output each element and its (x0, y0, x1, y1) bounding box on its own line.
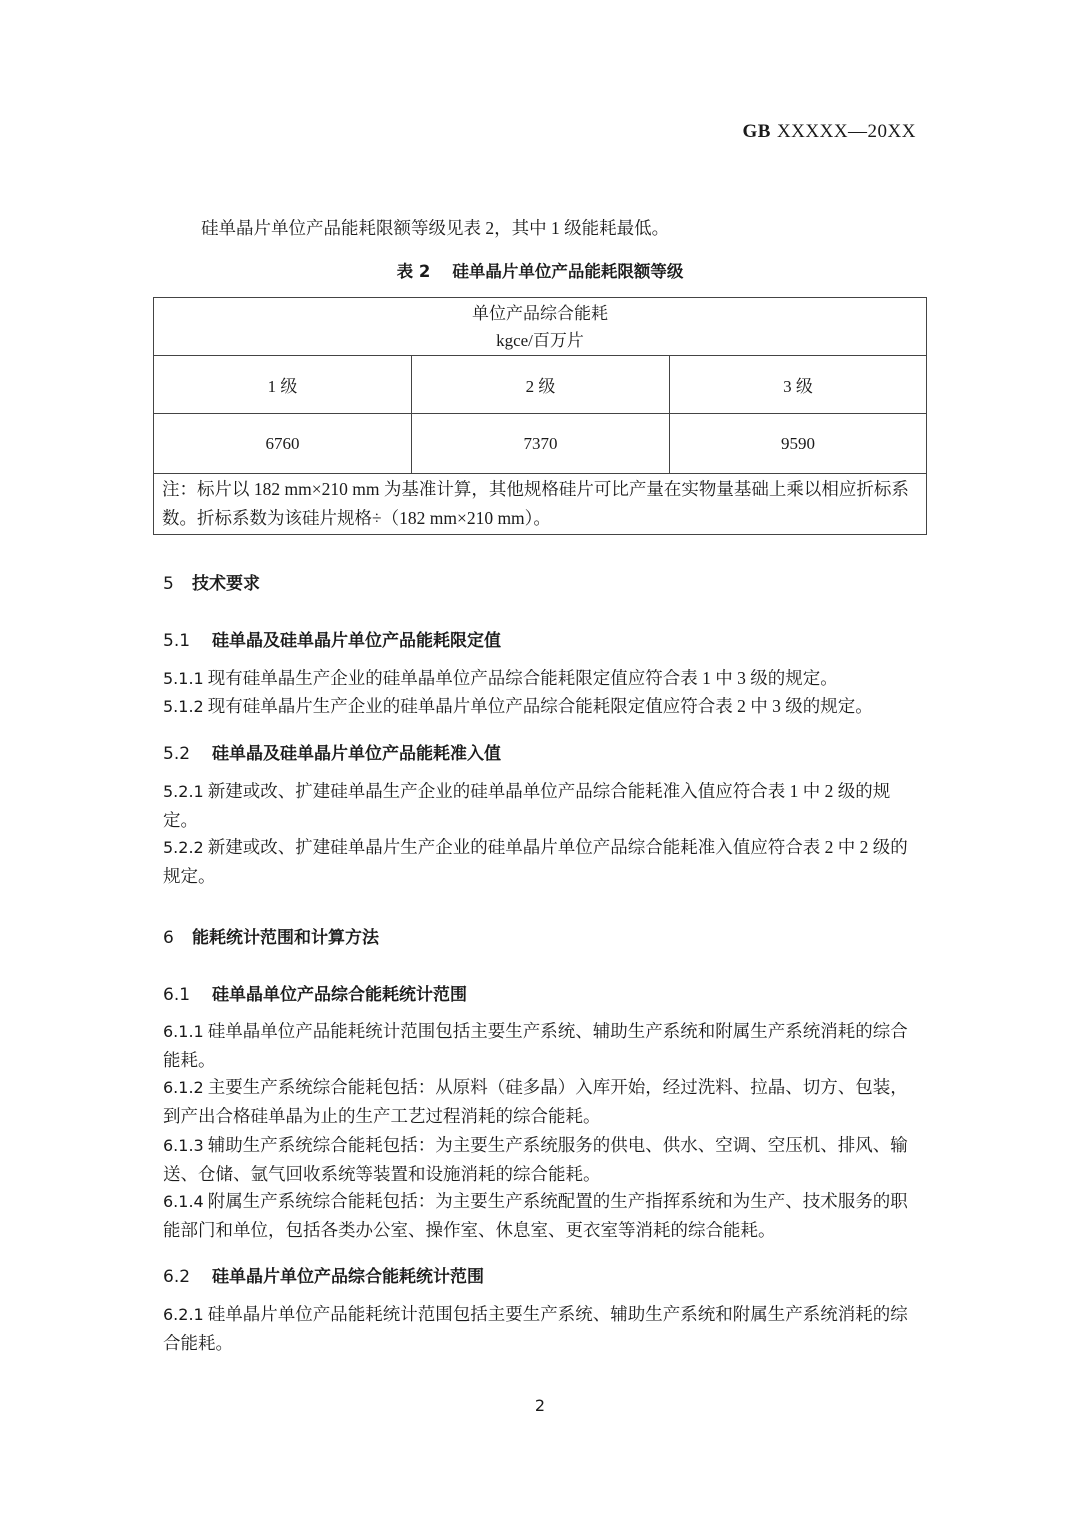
section-5-heading: 5技术要求 (163, 569, 260, 594)
section-title: 技术要求 (192, 574, 260, 594)
section-number: 5.2 (163, 744, 212, 764)
value-grade-1: 6760 (154, 414, 412, 474)
clause-text: 附属生产系统综合能耗包括：为主要生产系统配置的生产指挥系统和为生产、技术服务的职… (163, 1191, 908, 1240)
clause-text: 新建或改、扩建硅单晶片生产企业的硅单晶片单位产品综合能耗准入值应符合表 2 中 … (163, 837, 908, 886)
clause-number: 5.1.1 (163, 669, 204, 688)
value-grade-3: 9590 (670, 414, 927, 474)
page-number: 2 (0, 1396, 1080, 1415)
clause-text: 现有硅单晶片生产企业的硅单晶片单位产品综合能耗限定值应符合表 2 中 3 级的规… (208, 696, 873, 716)
section-6-heading: 6能耗统计范围和计算方法 (163, 923, 379, 948)
clause-text: 现有硅单晶生产企业的硅单晶单位产品综合能耗限定值应符合表 1 中 3 级的规定。 (208, 668, 838, 688)
clause-text: 主要生产系统综合能耗包括：从原料（硅多晶）入库开始，经过洗料、拉晶、切方、包装，… (163, 1077, 908, 1126)
table-note: 注：标片以 182 mm×210 mm 为基准计算，其他规格硅片可比产量在实物量… (154, 474, 927, 535)
section-title: 硅单晶片单位产品综合能耗统计范围 (212, 1267, 484, 1287)
clause-number: 5.2.2 (163, 838, 204, 857)
grade-3-cell: 3 级 (670, 356, 927, 414)
grade-1-cell: 1 级 (154, 356, 412, 414)
standard-header: GBXXXXX—20XX (742, 121, 916, 143)
clause-6-1-3: 6.1.3辅助生产系统综合能耗包括：为主要生产系统服务的供电、供水、空调、空压机… (163, 1131, 923, 1188)
intro-paragraph: 硅单晶片单位产品能耗限额等级见表 2，其中 1 级能耗最低。 (201, 214, 669, 242)
clause-5-1-2: 5.1.2现有硅单晶片生产企业的硅单晶片单位产品综合能耗限定值应符合表 2 中 … (163, 692, 943, 721)
clause-5-2-1: 5.2.1新建或改、扩建硅单晶生产企业的硅单晶单位产品综合能耗准入值应符合表 1… (163, 777, 923, 834)
standard-number: XXXXX—20XX (777, 121, 916, 142)
section-number: 6.1 (163, 985, 212, 1005)
value-grade-2: 7370 (412, 414, 670, 474)
section-title: 能耗统计范围和计算方法 (192, 928, 379, 948)
section-title: 硅单晶及硅单晶片单位产品能耗限定值 (212, 631, 501, 651)
clause-text: 辅助生产系统综合能耗包括：为主要生产系统服务的供电、供水、空调、空压机、排风、输… (163, 1135, 908, 1184)
clause-text: 新建或改、扩建硅单晶生产企业的硅单晶单位产品综合能耗准入值应符合表 1 中 2 … (163, 781, 890, 830)
clause-6-1-4: 6.1.4附属生产系统综合能耗包括：为主要生产系统配置的生产指挥系统和为生产、技… (163, 1187, 923, 1244)
clause-5-1-1: 5.1.1现有硅单晶生产企业的硅单晶单位产品综合能耗限定值应符合表 1 中 3 … (163, 664, 923, 693)
table-caption-title: 硅单晶片单位产品能耗限额等级 (452, 262, 683, 281)
clause-number: 5.1.2 (163, 697, 204, 716)
standard-prefix: GB (742, 121, 770, 142)
section-number: 6.2 (163, 1267, 212, 1287)
section-title: 硅单晶单位产品综合能耗统计范围 (212, 985, 467, 1005)
clause-number: 6.1.2 (163, 1078, 204, 1097)
section-number: 5 (163, 574, 192, 594)
table-header-unit: kgce/百万片 (154, 327, 926, 354)
section-6-1-heading: 6.1硅单晶单位产品综合能耗统计范围 (163, 980, 467, 1005)
section-number: 6 (163, 928, 192, 948)
clause-6-1-1: 6.1.1硅单晶单位产品能耗统计范围包括主要生产系统、辅助生产系统和附属生产系统… (163, 1017, 923, 1074)
table-header-cell: 单位产品综合能耗 kgce/百万片 (154, 298, 927, 356)
table-caption: 表 2硅单晶片单位产品能耗限额等级 (0, 258, 1080, 282)
clause-6-1-2: 6.1.2主要生产系统综合能耗包括：从原料（硅多晶）入库开始，经过洗料、拉晶、切… (163, 1073, 923, 1130)
clause-6-2-1: 6.2.1硅单晶片单位产品能耗统计范围包括主要生产系统、辅助生产系统和附属生产系… (163, 1300, 923, 1357)
energy-grade-table: 单位产品综合能耗 kgce/百万片 1 级 2 级 3 级 6760 7370 … (153, 297, 927, 535)
clause-text: 硅单晶片单位产品能耗统计范围包括主要生产系统、辅助生产系统和附属生产系统消耗的综… (163, 1304, 908, 1353)
clause-number: 6.1.4 (163, 1192, 204, 1211)
clause-number: 5.2.1 (163, 782, 204, 801)
clause-number: 6.1.3 (163, 1136, 204, 1155)
grade-2-cell: 2 级 (412, 356, 670, 414)
clause-text: 硅单晶单位产品能耗统计范围包括主要生产系统、辅助生产系统和附属生产系统消耗的综合… (163, 1021, 908, 1070)
clause-5-2-2: 5.2.2新建或改、扩建硅单晶片生产企业的硅单晶片单位产品综合能耗准入值应符合表… (163, 833, 923, 890)
section-5-2-heading: 5.2硅单晶及硅单晶片单位产品能耗准入值 (163, 739, 501, 764)
clause-number: 6.2.1 (163, 1305, 204, 1324)
section-number: 5.1 (163, 631, 212, 651)
table-header-label: 单位产品综合能耗 (154, 300, 926, 327)
clause-number: 6.1.1 (163, 1022, 204, 1041)
section-title: 硅单晶及硅单晶片单位产品能耗准入值 (212, 744, 501, 764)
section-5-1-heading: 5.1硅单晶及硅单晶片单位产品能耗限定值 (163, 626, 501, 651)
section-6-2-heading: 6.2硅单晶片单位产品综合能耗统计范围 (163, 1262, 484, 1287)
table-caption-number: 表 2 (397, 262, 431, 281)
